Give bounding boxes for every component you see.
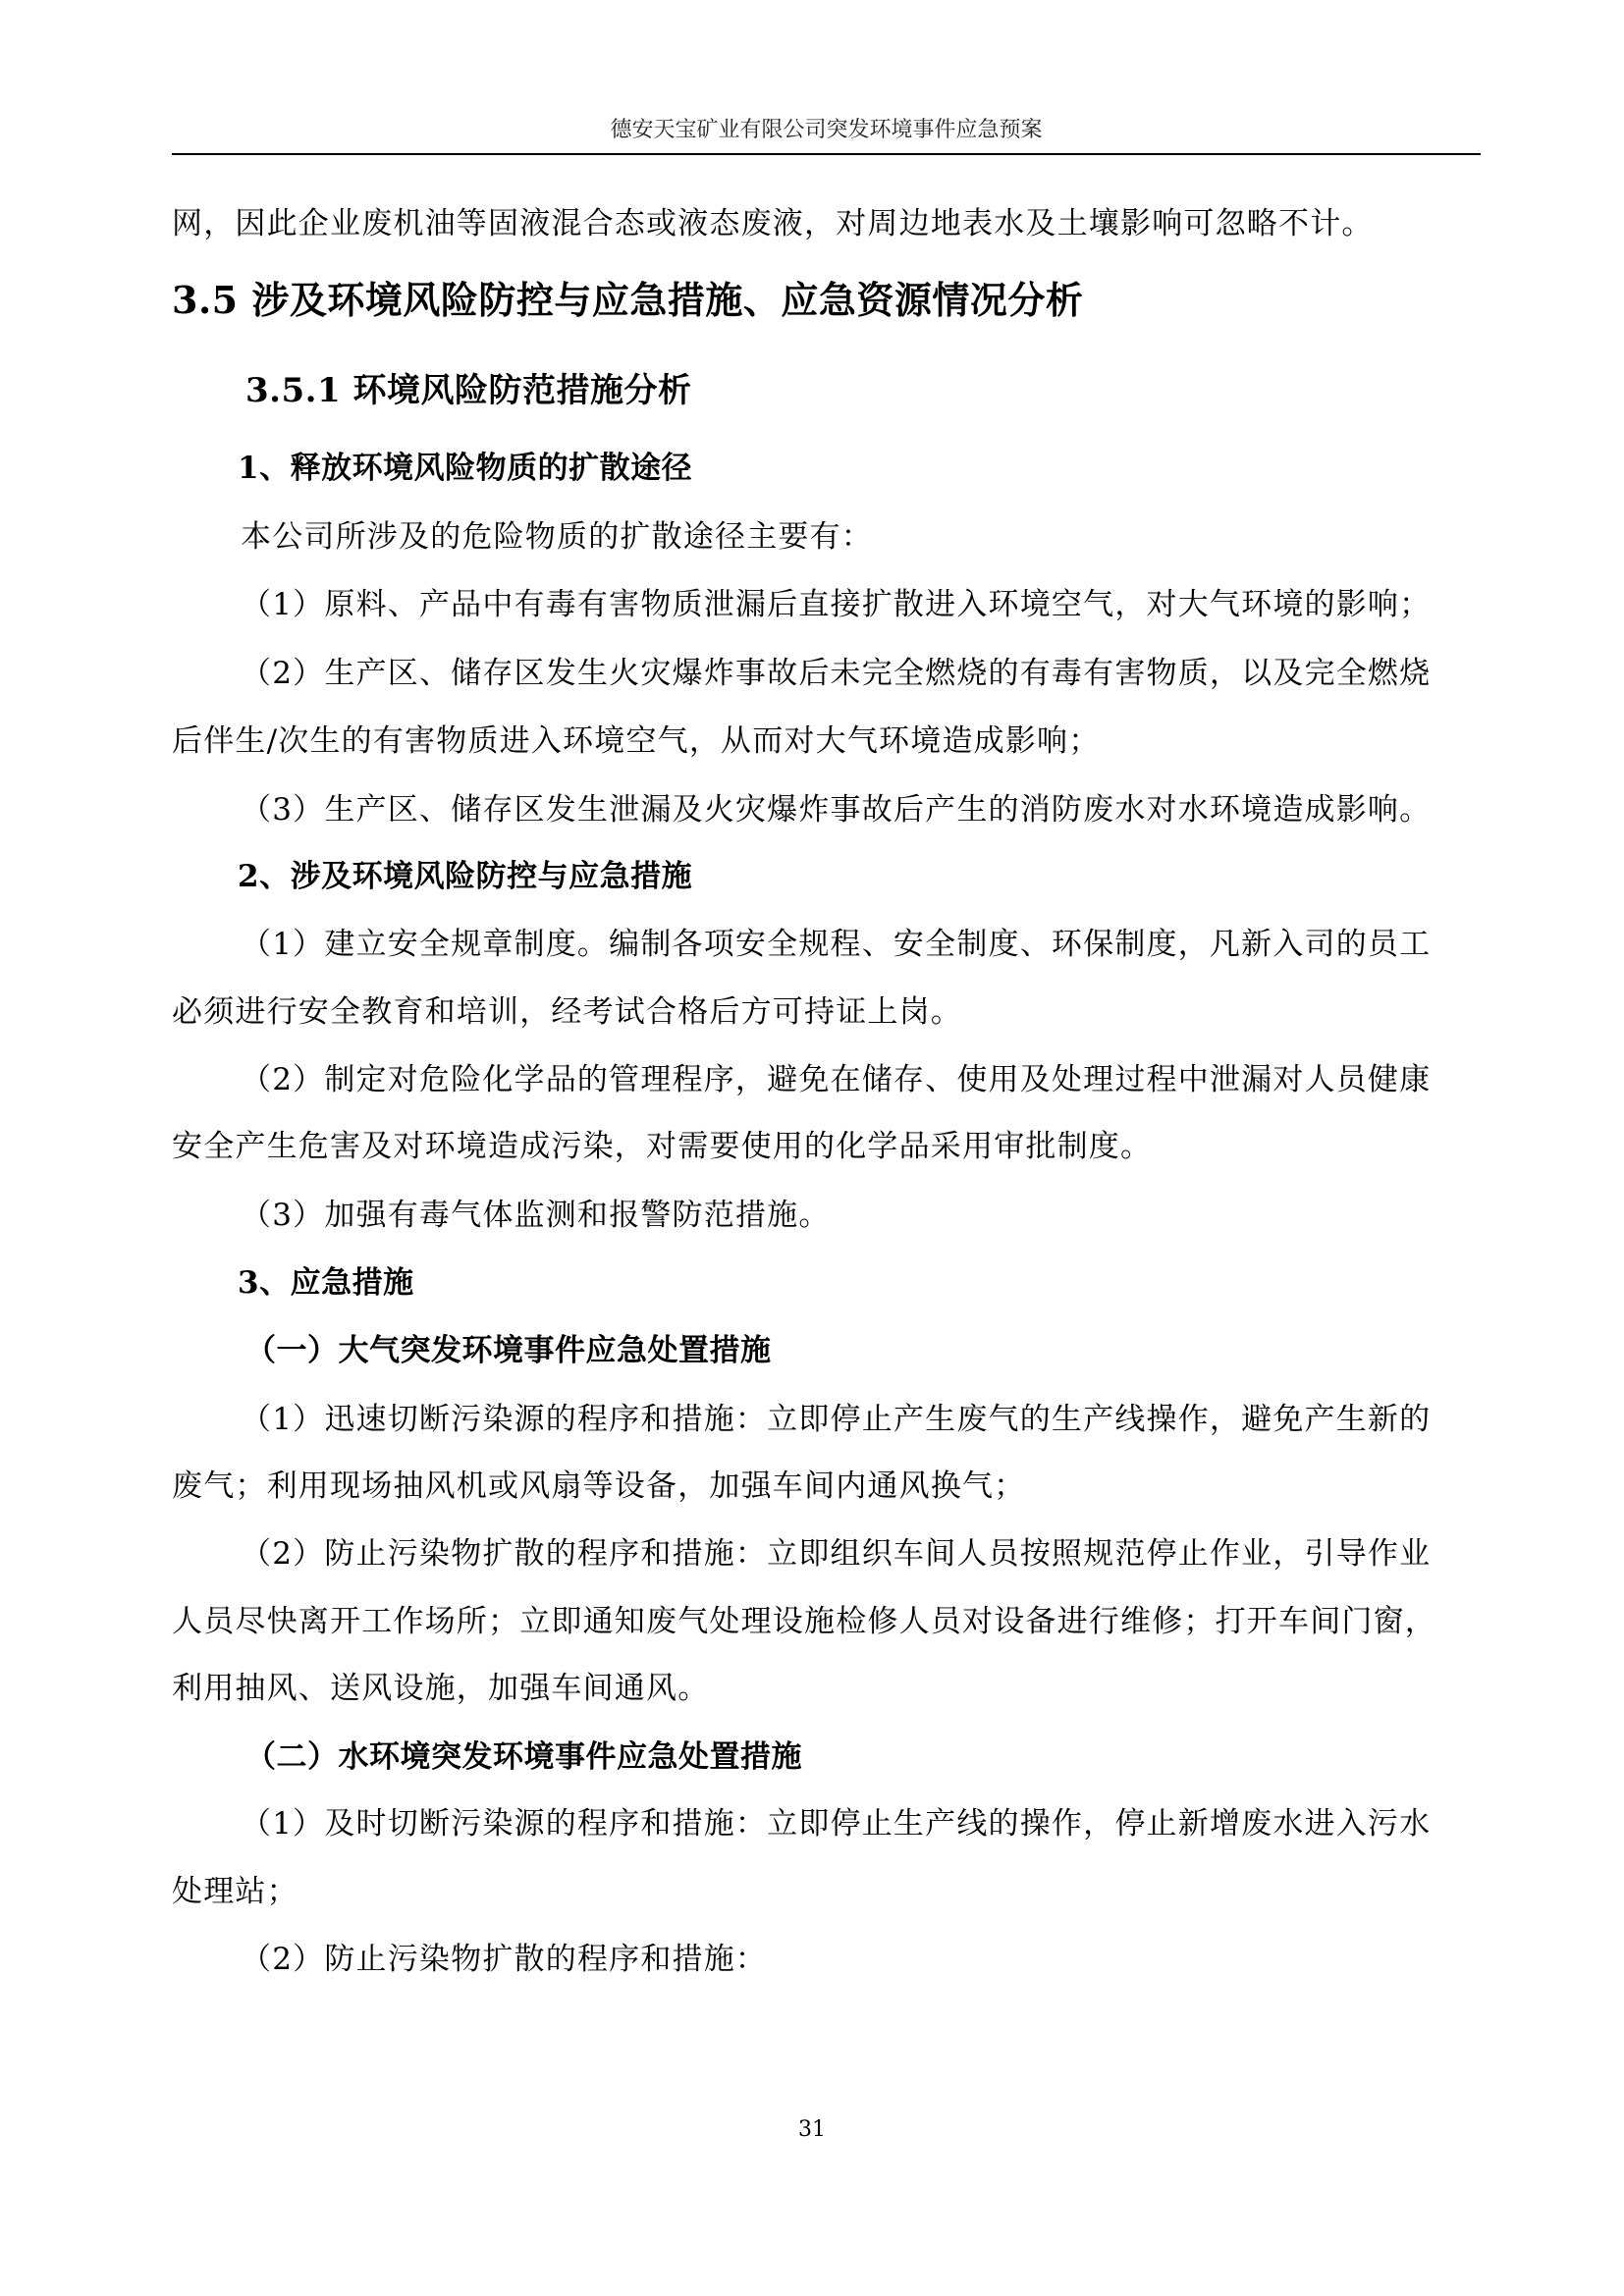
paragraph: （1）原料、产品中有毒有害物质泄漏后直接扩散进入环境空气，对大气环境的影响；: [241, 585, 1481, 624]
header-rule: [172, 153, 1481, 155]
paragraph: （3）生产区、储存区发生泄漏及火灾爆炸事故后产生的消防废水对水环境造成影响。: [241, 790, 1481, 829]
subsection-heading-3-5-1: 3.5.1 环境风险防范措施分析: [245, 371, 1554, 410]
paragraph: （3）加强有毒气体监测和报警防范措施。: [241, 1196, 1481, 1235]
paragraph: （2）防止污染物扩散的程序和措施：立即组织车间人员按照规范停止作业，引导作业: [241, 1534, 1481, 1574]
paragraph: （1）迅速切断污染源的程序和措施：立即停止产生废气的生产线操作，避免产生新的: [241, 1400, 1481, 1439]
paragraph-continuation: 必须进行安全教育和培训，经考试合格后方可持证上岗。: [172, 992, 1481, 1032]
paragraph-continuation: 安全产生危害及对环境造成污染，对需要使用的化学品采用审批制度。: [172, 1127, 1481, 1166]
section-heading-3-5: 3.5 涉及环境风险防控与应急措施、应急资源情况分析: [172, 281, 1481, 320]
item-heading-3: 3、应急措施: [238, 1263, 1546, 1303]
running-header: 德安天宝矿业有限公司突发环境事件应急预案: [172, 116, 1481, 145]
paragraph: 本公司所涉及的危险物质的扩散途径主要有：: [241, 517, 1481, 557]
paragraph-continuation: 废气；利用现场抽风机或风扇等设备，加强车间内通风换气；: [172, 1467, 1481, 1506]
paragraph: （2）防止污染物扩散的程序和措施：: [241, 1940, 1481, 1979]
paragraph-continuation: 处理站；: [172, 1872, 1481, 1911]
paragraph-continuation: 人员尽快离开工作场所；立即通知废气处理设施检修人员对设备进行维修；打开车间门窗，: [172, 1602, 1481, 1641]
page-number: 31: [0, 2116, 1624, 2144]
paragraph-continuation: 利用抽风、送风设施，加强车间通风。: [172, 1669, 1481, 1708]
paragraph: （1）建立安全规章制度。编制各项安全规程、安全制度、环保制度，凡新入司的员工: [241, 925, 1481, 964]
subitem-heading-air: （一）大气突发环境事件应急处置措施: [245, 1331, 1554, 1370]
paragraph: （2）生产区、储存区发生火灾爆炸事故后未完全燃烧的有毒有害物质，以及完全燃烧: [241, 654, 1481, 693]
item-heading-1: 1、释放环境风险物质的扩散途径: [238, 449, 1546, 488]
paragraph: （2）制定对危险化学品的管理程序，避免在储存、使用及处理过程中泄漏对人员健康: [241, 1060, 1481, 1099]
subitem-heading-water: （二）水环境突发环境事件应急处置措施: [245, 1737, 1554, 1777]
paragraph-continuation: 网，因此企业废机油等固液混合态或液态废液，对周边地表水及土壤影响可忽略不计。: [172, 204, 1481, 243]
paragraph-continuation: 后伴生/次生的有害物质进入环境空气，从而对大气环境造成影响；: [172, 721, 1481, 761]
paragraph: （1）及时切断污染源的程序和措施：立即停止生产线的操作，停止新增废水进入污水: [241, 1804, 1481, 1843]
item-heading-2: 2、涉及环境风险防控与应急措施: [238, 857, 1546, 896]
